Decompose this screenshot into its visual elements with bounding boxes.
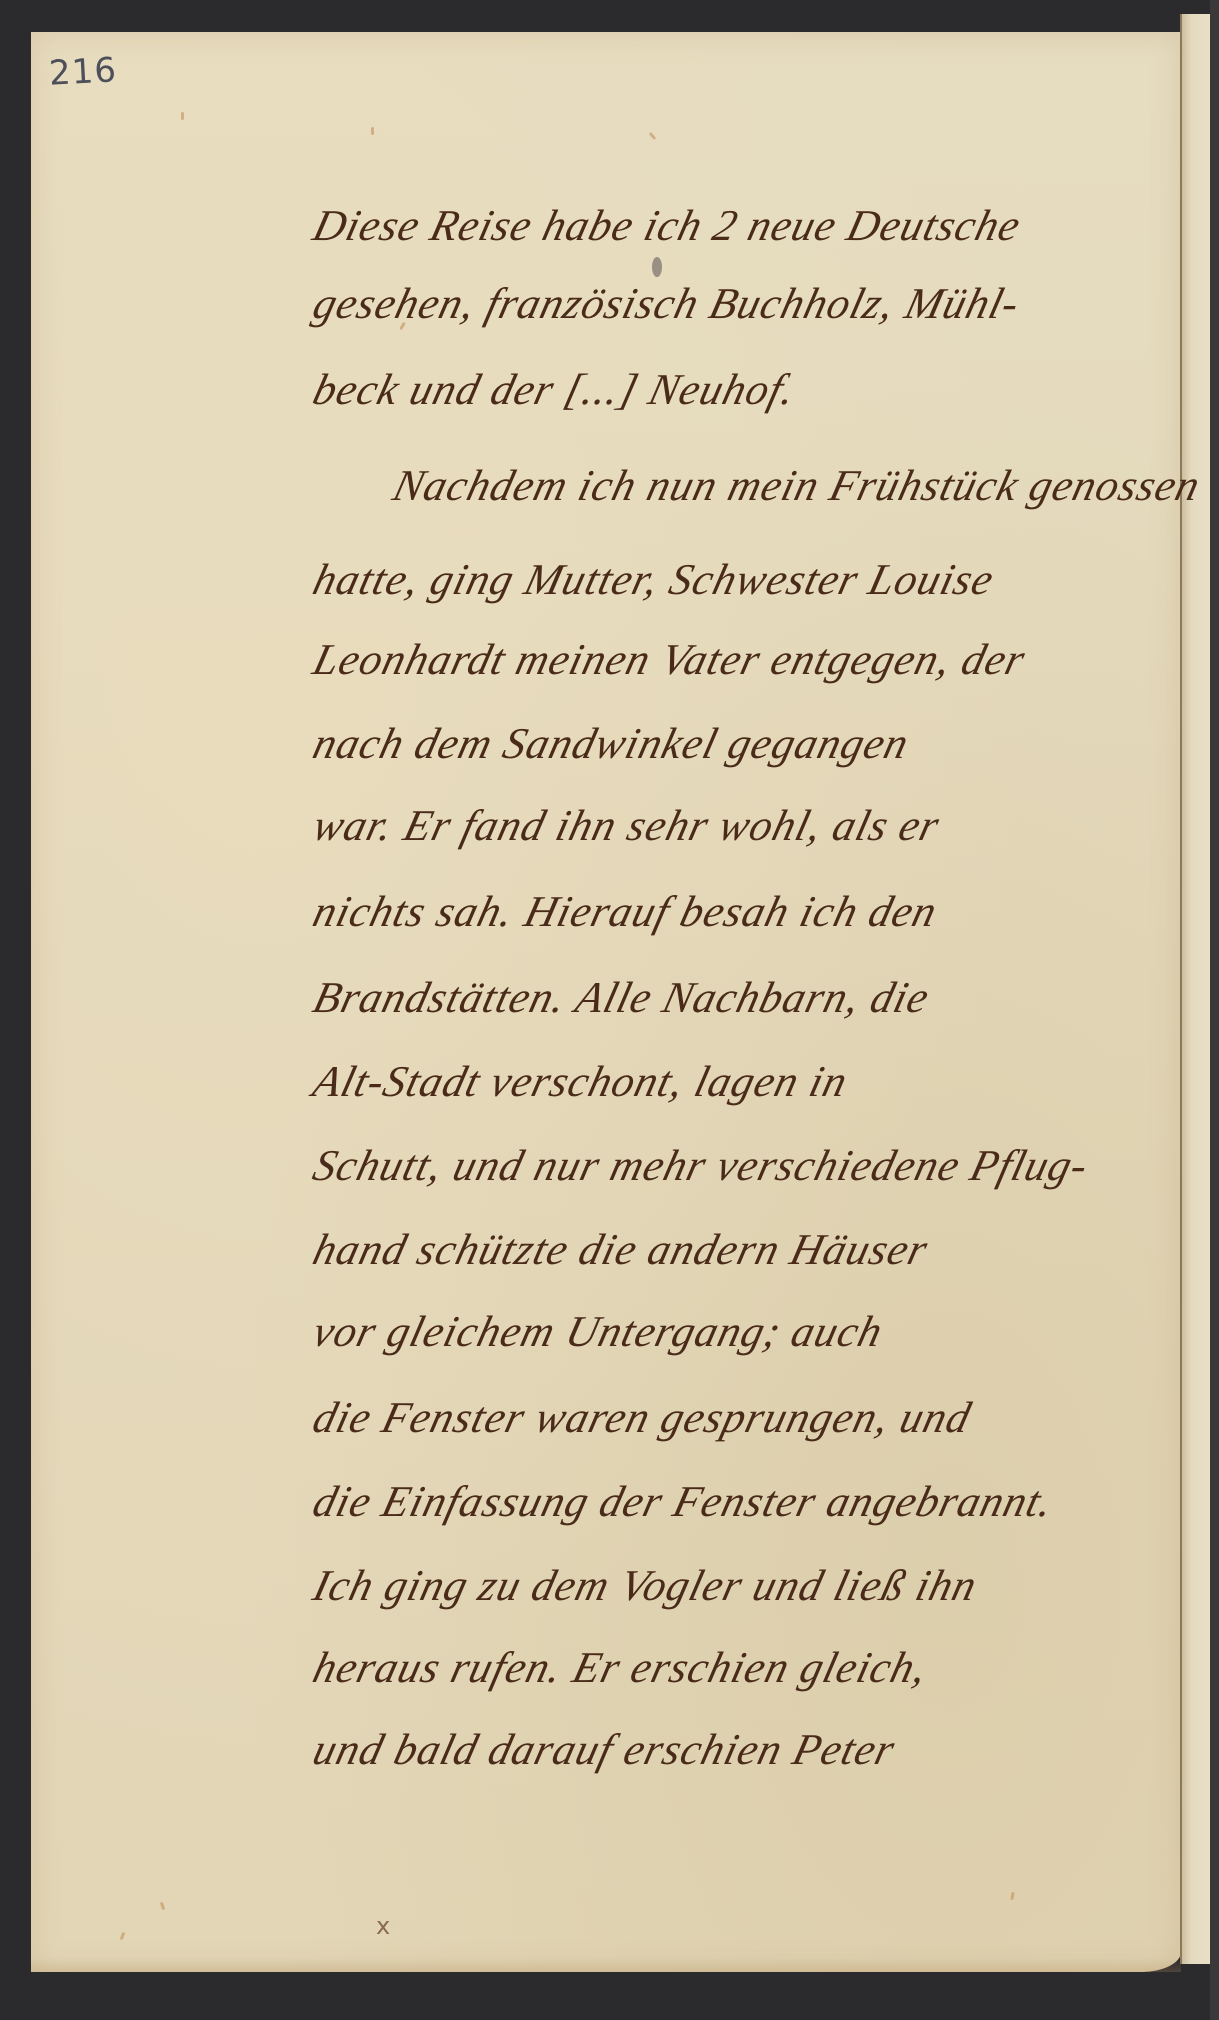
text-line: Ich ging zu dem Vogler und ließ ihn [308,1560,983,1611]
text-line: nach dem Sandwinkel gegangen [308,718,914,769]
text-line: hatte, ging Mutter, Schwester Louise [308,554,1000,605]
text-line: Nachdem ich nun mein Frühstück genossen [388,460,1206,511]
paper-fleck [371,127,374,135]
paper-fleck [1010,1892,1014,1900]
text-line: beck und der [...] Neuhof. [308,364,801,415]
folio-number: 216 [48,50,118,93]
text-line: Brandstätten. Alle Nachbarn, die [308,972,935,1023]
binding-edge [1210,0,1219,2020]
paper-fleck [120,1932,126,1941]
text-line: vor gleichem Untergang; auch [308,1306,888,1357]
ink-stain [652,257,662,277]
text-line: Leonhardt meinen Vater entgegen, der [308,634,1031,685]
text-line: gesehen, französisch Buchholz, Mühl- [308,278,1025,329]
text-line: Alt-Stadt verschont, lagen in [308,1056,853,1107]
text-line: die Einfassung der Fenster angebrannt. [308,1476,1059,1527]
text-line: die Fenster waren gesprungen, und [308,1392,977,1443]
adjacent-leaf-edge [1180,14,1212,1964]
text-line: Schutt, und nur mehr verschiedene Pflug- [308,1140,1094,1191]
text-line: war. Er fand ihn sehr wohl, als er [308,800,945,851]
paper-fleck [181,112,184,120]
text-line: und bald darauf erschien Peter [308,1724,901,1775]
margin-mark: x [376,1912,390,1940]
text-line: hand schützte die andern Häuser [308,1224,933,1275]
paper-fleck [160,1902,166,1911]
text-line: nichts sah. Hierauf besah ich den [308,886,943,937]
text-line: Diese Reise habe ich 2 neue Deutsche [308,200,1026,251]
text-line: heraus rufen. Er erschien gleich, [308,1642,933,1693]
paper-fleck [649,132,656,140]
